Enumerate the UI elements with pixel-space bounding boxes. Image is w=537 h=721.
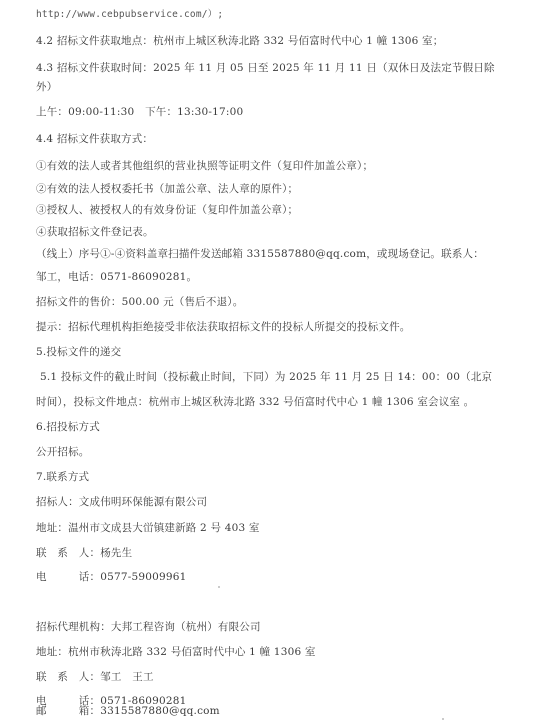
section-6-heading: 6.招投标方式 <box>36 420 100 434</box>
agency-address: 地址：杭州市秋涛北路 332 号佰富时代中心 1 幢 1306 室 <box>36 645 316 659</box>
section-5-heading: 5.投标文件的递交 <box>36 345 121 359</box>
agency-contact: 联 系 人：邹工 王工 <box>36 670 154 684</box>
tenderer-name: 招标人：文成伟明环保能源有限公司 <box>36 495 207 509</box>
item-5-1-deadline-cont: 时间），投标文件地点：杭州市上城区秋涛北路 332 号佰富时代中心 1 幢 13… <box>36 395 474 409</box>
requirement-4: ④获取招标文件登记表。 <box>36 225 154 239</box>
document-price: 招标文件的售价：500.00 元（售后不退）。 <box>36 295 243 309</box>
requirement-1: ①有效的法人或者其他组织的营业执照等证明文件（复印件加盖公章）； <box>36 159 373 173</box>
scan-speck <box>442 718 444 720</box>
url-line: http://www.cebpubservice.com/）; <box>36 8 223 22</box>
item-4-2-pickup-location: 4.2 招标文件获取地点：杭州市上城区秋涛北路 332 号佰富时代中心 1 幢 … <box>36 34 443 48</box>
agency-name: 招标代理机构：大邦工程咨询（杭州）有限公司 <box>36 620 261 634</box>
item-4-4-pickup-method: 4.4 招标文件获取方式： <box>36 132 153 146</box>
tenderer-contact: 联 系 人：杨先生 <box>36 546 132 560</box>
section-7-heading: 7.联系方式 <box>36 470 89 484</box>
bidding-method: 公开招标。 <box>36 445 90 459</box>
tenderer-phone: 电 话：0577-59009961 <box>36 570 187 584</box>
requirement-3: ③授权人、被授权人的有效身份证（复印件加盖公章）； <box>36 203 298 217</box>
item-5-1-deadline: 5.1 投标文件的截止时间（投标截止时间，下同）为 2025 年 11 月 25… <box>40 370 492 384</box>
notice: 提示：招标代理机构拒绝接受非依法获取招标文件的投标人所提交的投标文件。 <box>36 320 411 334</box>
scan-speck <box>218 586 220 588</box>
agency-email: 邮 箱：3315587880@qq.com <box>36 704 220 718</box>
office-hours: 上午：09:00-11:30 下午：13:30-17:00 <box>36 105 243 119</box>
item-4-3-pickup-time: 4.3 招标文件获取时间：2025 年 11 月 05 日至 2025 年 11… <box>36 61 495 75</box>
online-registration-contact: 邹工，电话：0571-86090281。 <box>36 270 197 284</box>
document-page: http://www.cebpubservice.com/）; 4.2 招标文件… <box>0 0 537 721</box>
item-4-3-pickup-time-cont: 外） <box>36 80 57 94</box>
tenderer-address: 地址：温州市文成县大峃镇建新路 2 号 403 室 <box>36 521 260 535</box>
online-registration: （线上）序号①-④资料盖章扫描件发送邮箱 3315587880@qq.com，或… <box>36 247 484 261</box>
requirement-2: ②有效的法人授权委托书（加盖公章、法人章的原件）； <box>36 182 298 196</box>
